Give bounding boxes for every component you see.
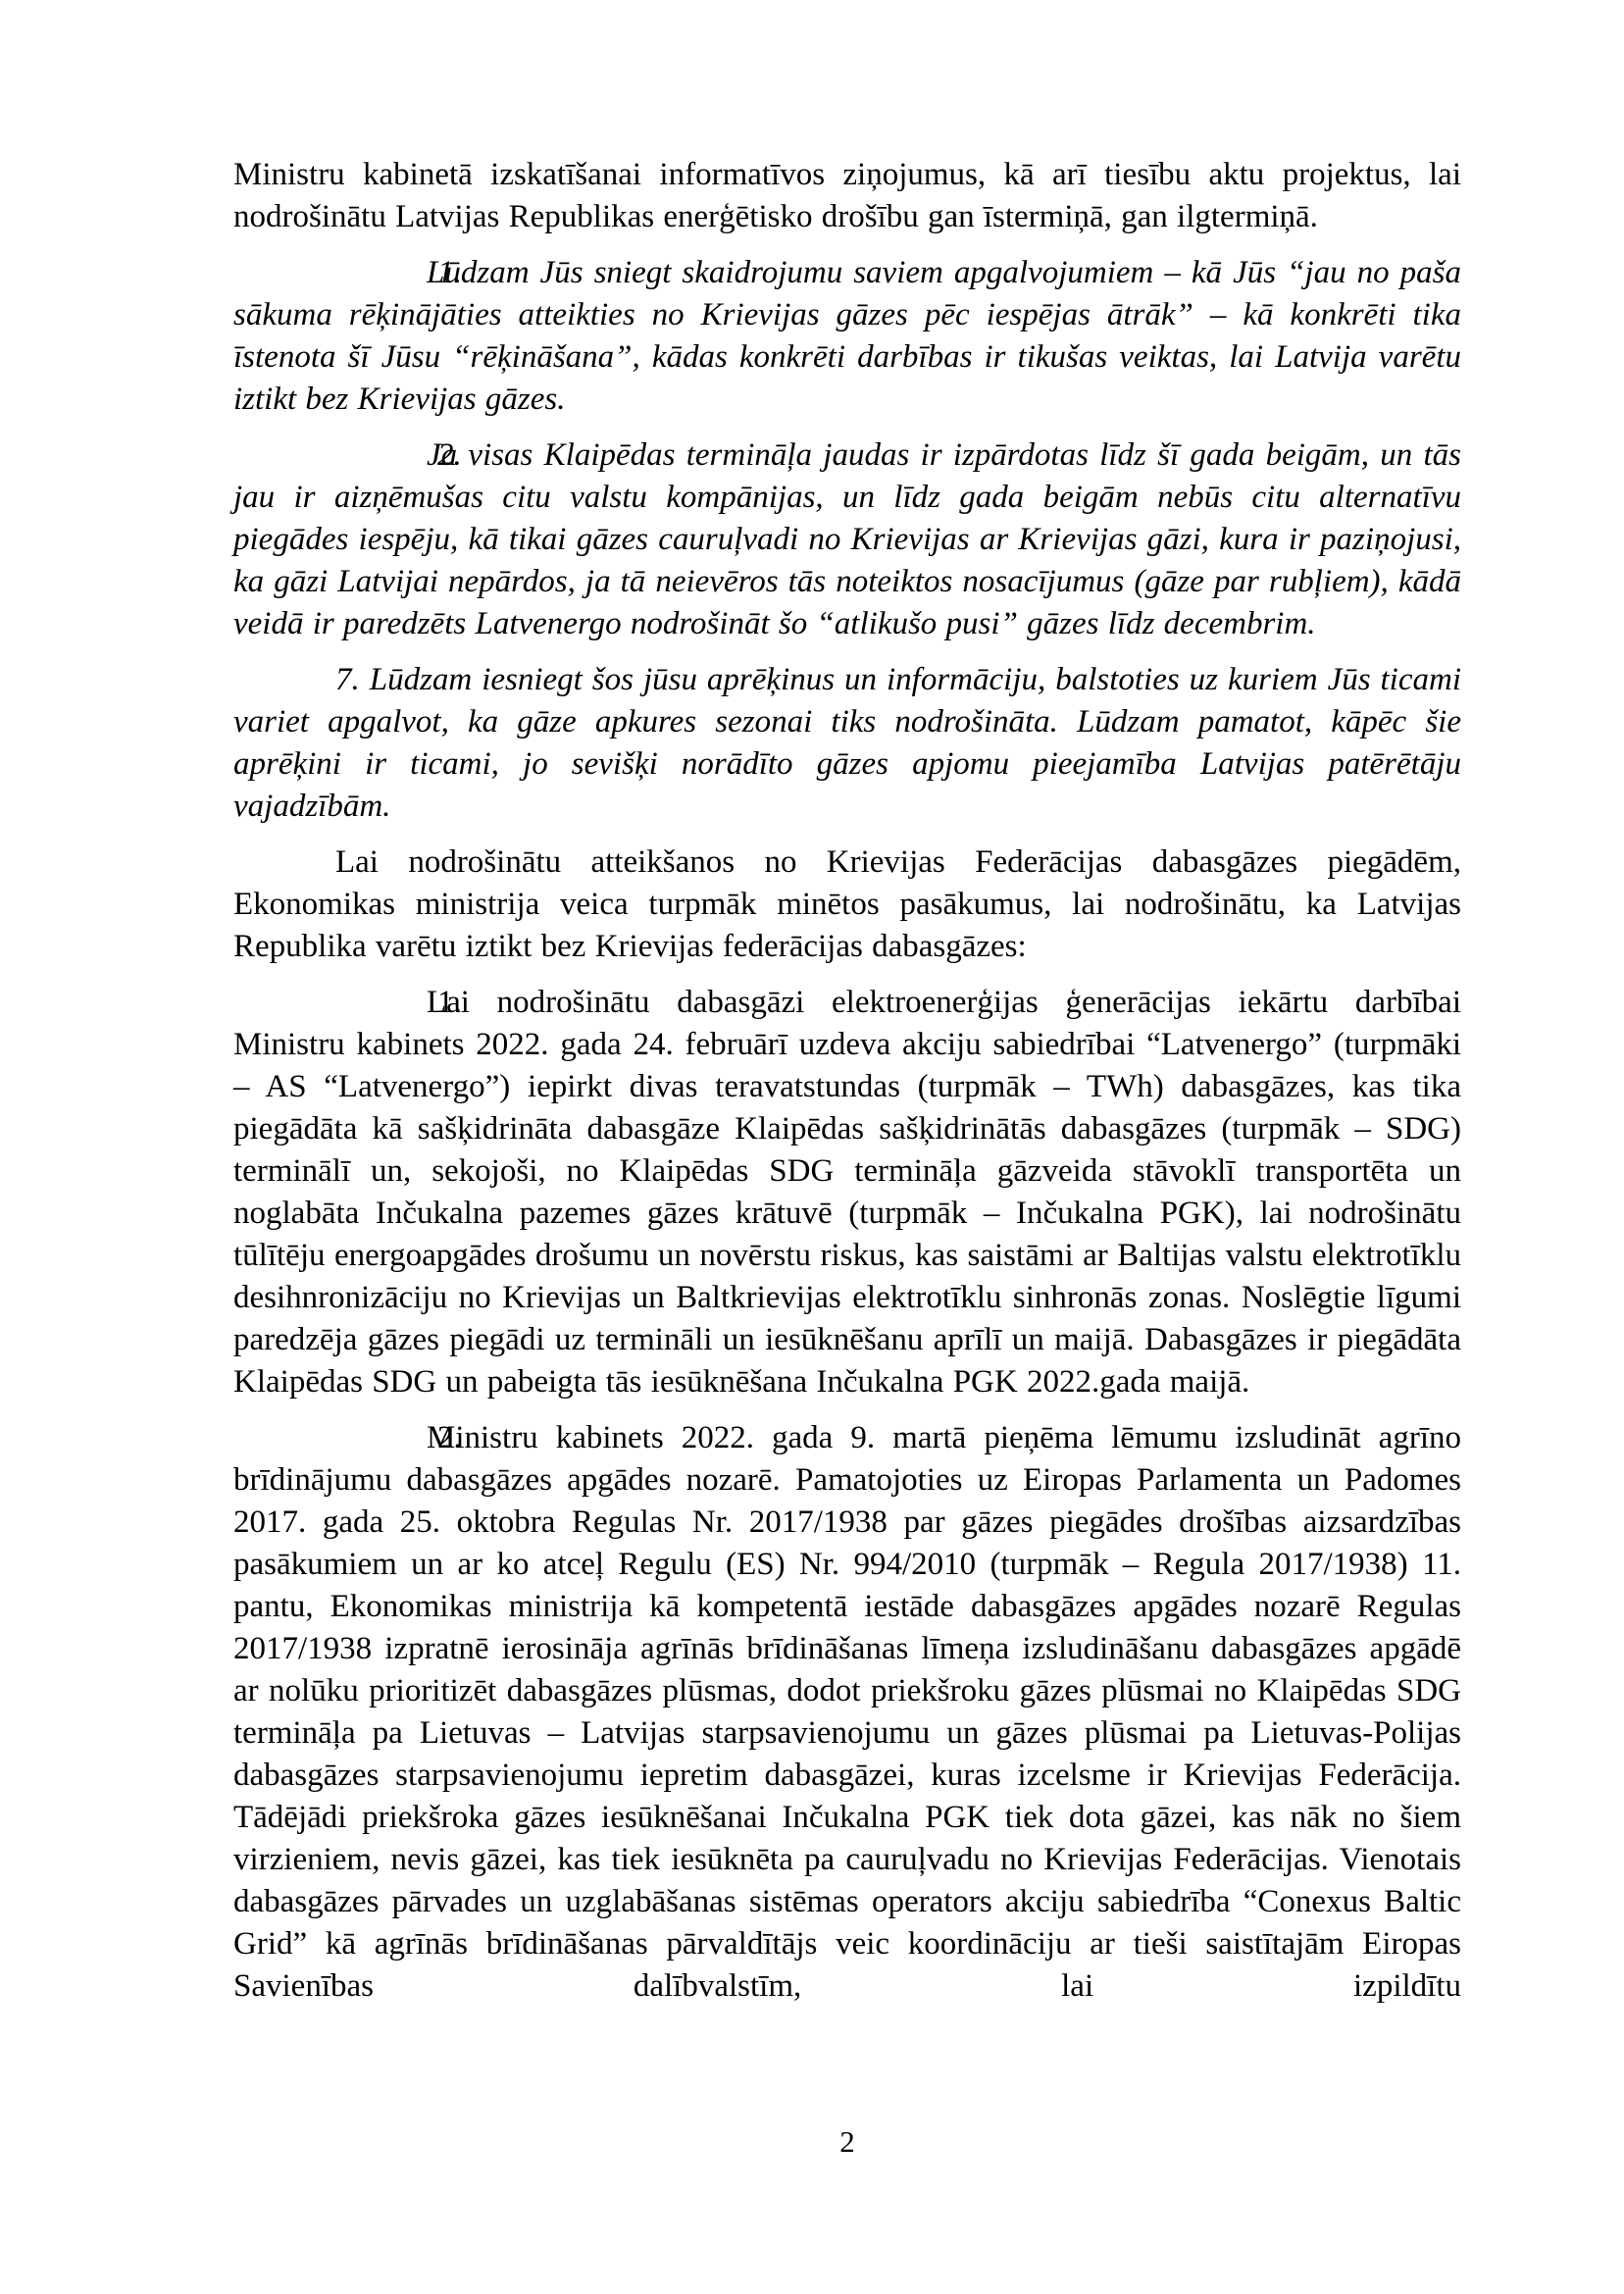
question-paragraph-1: 1.Lūdzam Jūs sniegt skaidrojumu saviem a… [233,252,1461,421]
paragraph-text: Ministru kabinets 2022. gada 9. martā pi… [233,1420,1461,2004]
document-body: Ministru kabinetā izskatīšanai informatī… [233,154,1461,2008]
question-paragraph-2: 2.Ja visas Klaipēdas termināļa jaudas ir… [233,434,1461,645]
question-paragraph-7: 7. Lūdzam iesniegt šos jūsu aprēķinus un… [233,659,1461,828]
measure-paragraph-1: 1.Lai nodrošinātu dabasgāzi elektroenerģ… [233,982,1461,1403]
paragraph-number: 2. [335,434,427,477]
paragraph-intro: Ministru kabinetā izskatīšanai informatī… [233,154,1461,238]
paragraph-number: 1. [335,982,427,1024]
paragraph-text: Lai nodrošinātu atteikšanos no Krievijas… [233,844,1461,964]
paragraph-number: 2. [335,1417,427,1459]
paragraph-number: 7. [335,662,360,697]
paragraph-text: Lai nodrošinātu dabasgāzi elektroenerģij… [233,985,1461,1400]
paragraph-text: Lūdzam iesniegt šos jūsu aprēķinus un in… [233,662,1461,824]
paragraph-measures-intro: Lai nodrošinātu atteikšanos no Krievijas… [233,841,1461,968]
document-page: Ministru kabinetā izskatīšanai informatī… [0,0,1624,2294]
measure-paragraph-2: 2.Ministru kabinets 2022. gada 9. martā … [233,1417,1461,2008]
page-number: 2 [233,2120,1461,2163]
paragraph-text: Ministru kabinetā izskatīšanai informatī… [233,157,1461,234]
paragraph-number: 1. [335,252,427,294]
